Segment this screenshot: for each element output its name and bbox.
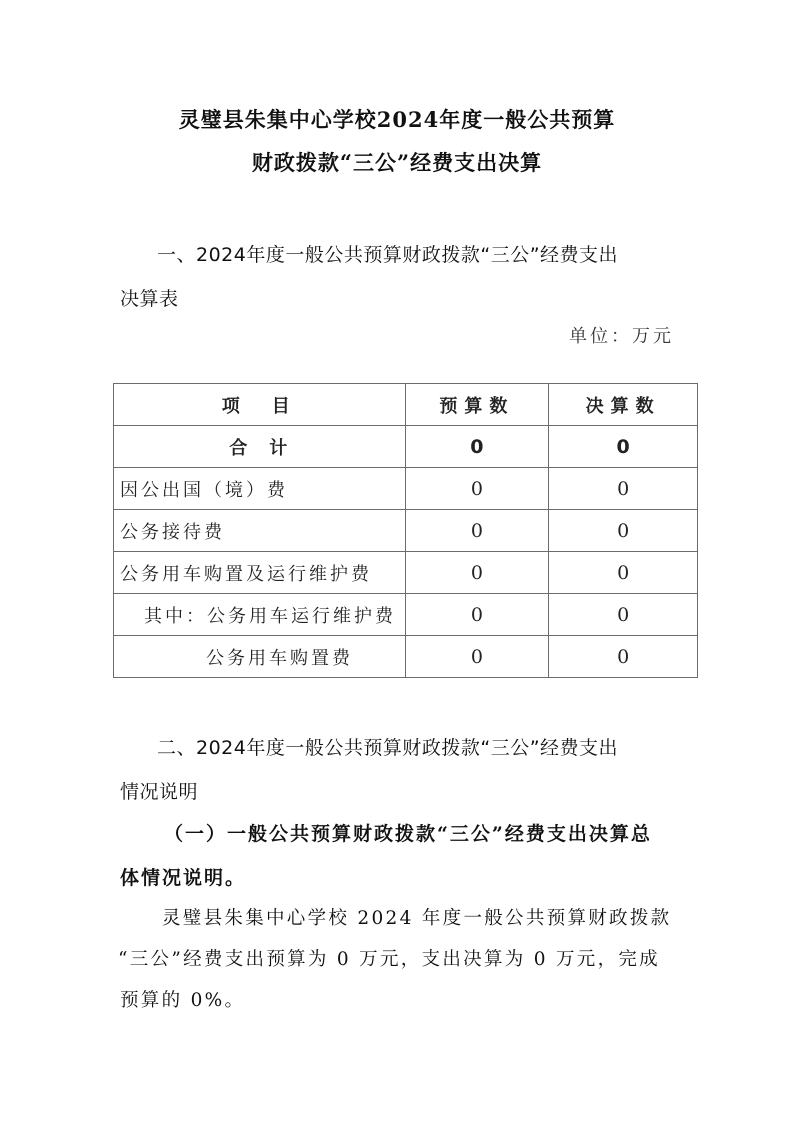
section2-heading-line2: 情况说明 [120, 777, 198, 804]
document-title-line2: 财政拨款“三公”经费支出决算 [0, 147, 794, 177]
unit-label: 单位：万元 [569, 322, 674, 348]
section1-heading-line2: 决算表 [120, 284, 179, 311]
row-final: 0 [549, 552, 698, 594]
three-public-expenses-table: 项 目 预算数 决算数 合计 0 0 因公出国（境）费 0 0 公务接待费 0 … [113, 383, 698, 678]
row-budget: 0 [405, 426, 549, 468]
table-row: 公务用车购置及运行维护费 0 0 [114, 552, 698, 594]
table-row: 公务用车购置费 0 0 [114, 636, 698, 678]
row-budget: 0 [405, 510, 549, 552]
table-row: 因公出国（境）费 0 0 [114, 468, 698, 510]
row-budget: 0 [405, 552, 549, 594]
row-final: 0 [549, 468, 698, 510]
row-item: 公务接待费 [114, 510, 406, 552]
paragraph-line2: “三公”经费支出预算为 0 万元，支出决算为 0 万元，完成 [118, 945, 660, 971]
header-budget: 预算数 [405, 384, 549, 426]
paragraph-line3: 预算的 0%。 [120, 986, 245, 1012]
document-title-line1: 灵璧县朱集中心学校2024年度一般公共预算 [0, 104, 794, 134]
subsection1-heading-line2: 体情况说明。 [120, 863, 246, 890]
row-budget: 0 [405, 594, 549, 636]
table-row: 公务接待费 0 0 [114, 510, 698, 552]
row-budget: 0 [405, 636, 549, 678]
row-item: 合计 [114, 426, 406, 468]
row-final: 0 [549, 594, 698, 636]
row-budget: 0 [405, 468, 549, 510]
header-item: 项 目 [114, 384, 406, 426]
section1-heading-line1: 一、2024年度一般公共预算财政拨款“三公”经费支出 [157, 240, 618, 267]
table-header-row: 项 目 预算数 决算数 [114, 384, 698, 426]
row-final: 0 [549, 426, 698, 468]
subsection1-heading-line1: （一）一般公共预算财政拨款“三公”经费支出决算总 [164, 819, 652, 846]
table-row-total: 合计 0 0 [114, 426, 698, 468]
row-final: 0 [549, 510, 698, 552]
table-row: 其中：公务用车运行维护费 0 0 [114, 594, 698, 636]
row-item: 公务用车购置费 [114, 636, 406, 678]
row-item: 公务用车购置及运行维护费 [114, 552, 406, 594]
row-item: 因公出国（境）费 [114, 468, 406, 510]
row-item: 其中：公务用车运行维护费 [114, 594, 406, 636]
paragraph-line1: 灵璧县朱集中心学校 2024 年度一般公共预算财政拨款 [162, 904, 671, 930]
section2-heading-line1: 二、2024年度一般公共预算财政拨款“三公”经费支出 [157, 733, 618, 760]
header-final: 决算数 [549, 384, 698, 426]
row-final: 0 [549, 636, 698, 678]
